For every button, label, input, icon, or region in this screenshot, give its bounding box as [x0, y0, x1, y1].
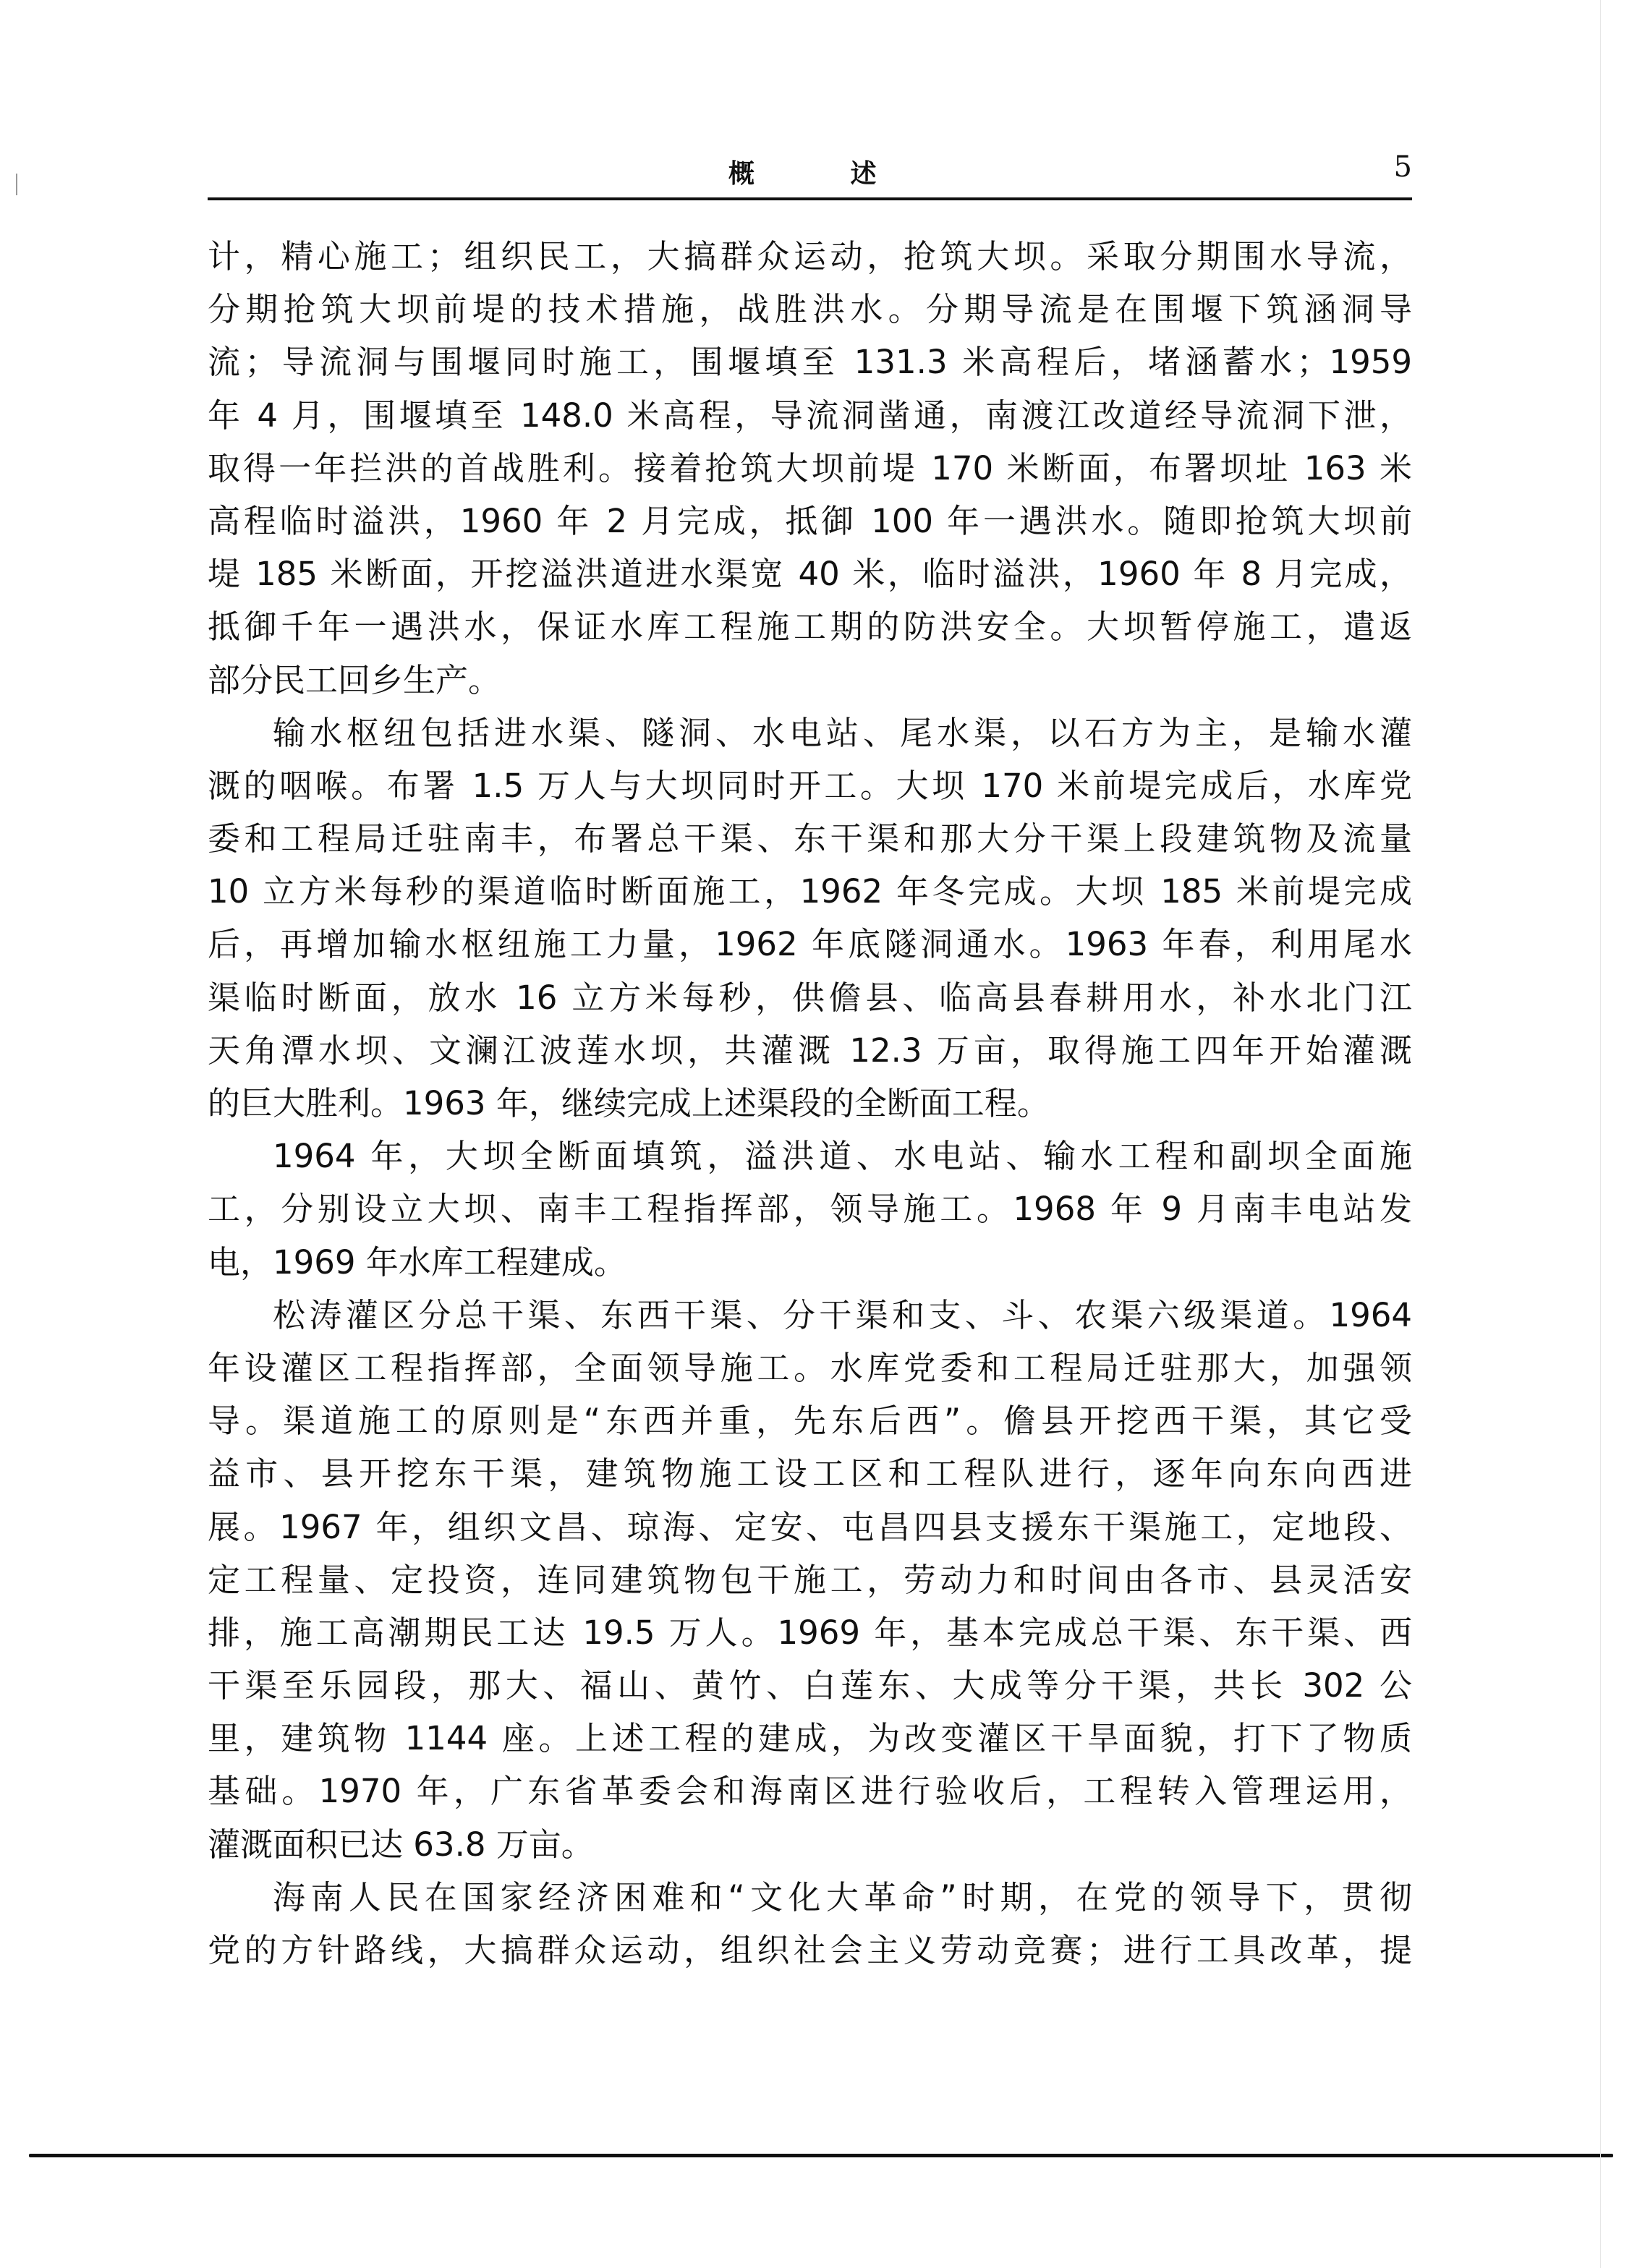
text-line: 抵御千年一遇洪水，保证水库工程施工期的防洪安全。大坝暂停施工，遣返	[208, 600, 1412, 653]
text-line: 干渠至乐园段，那大、福山、黄竹、白莲东、大成等分干渠，共长 302 公	[208, 1659, 1412, 1712]
chapter-title: 概 述	[728, 153, 920, 190]
text-line: 定工程量、定投资，连同建筑物包干施工，劳动力和时间由各市、县灵活安	[208, 1553, 1412, 1606]
text-line: 1964 年，大坝全断面填筑，溢洪道、水电站、输水工程和副坝全面施	[208, 1130, 1412, 1182]
paragraph: 松涛灌区分总干渠、东西干渠、分干渠和支、斗、农渠六级渠道。1964年设灌区工程指…	[208, 1289, 1412, 1871]
text-line: 灌溉面积已达 63.8 万亩。	[208, 1818, 1412, 1871]
text-line: 天角潭水坝、文澜江波莲水坝，共灌溉 12.3 万亩，取得施工四年开始灌溉	[208, 1024, 1412, 1077]
text-line: 党的方针路线，大搞群众运动，组织社会主义劳动竞赛；进行工具改革，提	[208, 1924, 1412, 1977]
text-line: 10 立方米每秒的渠道临时断面施工，1962 年冬完成。大坝 185 米前堤完成	[208, 865, 1412, 918]
scan-edge	[1600, 0, 1601, 2268]
scan-artifact	[16, 174, 17, 195]
body-text: 计，精心施工；组织民工，大搞群众运动，抢筑大坝。采取分期围水导流，分期抢筑大坝前…	[208, 230, 1412, 1977]
text-line: 展。1967 年，组织文昌、琼海、定安、屯昌四县支援东干渠施工，定地段、	[208, 1501, 1412, 1553]
paragraph: 输水枢纽包括进水渠、隧洞、水电站、尾水渠，以石方为主，是输水灌溉的咽喉。布署 1…	[208, 707, 1412, 1130]
text-line: 松涛灌区分总干渠、东西干渠、分干渠和支、斗、农渠六级渠道。1964	[208, 1289, 1412, 1342]
text-line: 的巨大胜利。1963 年，继续完成上述渠段的全断面工程。	[208, 1077, 1412, 1130]
text-line: 海南人民在国家经济困难和“文化大革命”时期，在党的领导下，贯彻	[208, 1871, 1412, 1924]
text-line: 流；导流洞与围堰同时施工，围堰填至 131.3 米高程后，堵涵蓄水；1959	[208, 336, 1412, 388]
text-line: 排，施工高潮期民工达 19.5 万人。1969 年，基本完成总干渠、东干渠、西	[208, 1606, 1412, 1659]
paragraph: 海南人民在国家经济困难和“文化大革命”时期，在党的领导下，贯彻党的方针路线，大搞…	[208, 1871, 1412, 1977]
text-line: 电，1969 年水库工程建成。	[208, 1236, 1412, 1289]
text-line: 取得一年拦洪的首战胜利。接着抢筑大坝前堤 170 米断面，布署坝址 163 米	[208, 442, 1412, 495]
text-line: 里，建筑物 1144 座。上述工程的建成，为改变灌区干旱面貌，打下了物质	[208, 1712, 1412, 1765]
text-line: 输水枢纽包括进水渠、隧洞、水电站、尾水渠，以石方为主，是输水灌	[208, 707, 1412, 759]
text-line: 堤 185 米断面，开挖溢洪道进水渠宽 40 米，临时溢洪，1960 年 8 月…	[208, 547, 1412, 600]
paragraph: 1964 年，大坝全断面填筑，溢洪道、水电站、输水工程和副坝全面施工，分别设立大…	[208, 1130, 1412, 1289]
running-header: 概 述 5	[208, 145, 1412, 195]
text-line: 年设灌区工程指挥部，全面领导施工。水库党委和工程局迁驻那大，加强领	[208, 1342, 1412, 1394]
text-line: 高程临时溢洪，1960 年 2 月完成，抵御 100 年一遇洪水。随即抢筑大坝前	[208, 495, 1412, 547]
footer-divider	[29, 2154, 1613, 2157]
text-line: 溉的咽喉。布署 1.5 万人与大坝同时开工。大坝 170 米前堤完成后，水库党	[208, 759, 1412, 812]
text-line: 分期抢筑大坝前堤的技术措施，战胜洪水。分期导流是在围堰下筑涵洞导	[208, 283, 1412, 336]
text-line: 导。渠道施工的原则是“东西并重，先东后西”。儋县开挖西干渠，其它受	[208, 1394, 1412, 1447]
text-line: 部分民工回乡生产。	[208, 654, 1412, 707]
text-line: 后，再增加输水枢纽施工力量，1962 年底隧洞通水。1963 年春，利用尾水	[208, 918, 1412, 971]
header-divider	[208, 197, 1412, 200]
text-line: 基础。1970 年，广东省革委会和海南区进行验收后，工程转入管理运用，	[208, 1765, 1412, 1817]
text-line: 渠临时断面，放水 16 立方米每秒，供儋县、临高县春耕用水，补水北门江	[208, 971, 1412, 1024]
text-line: 委和工程局迁驻南丰，布署总干渠、东干渠和那大分干渠上段建筑物及流量	[208, 812, 1412, 865]
page-number: 5	[1394, 150, 1412, 184]
text-line: 工，分别设立大坝、南丰工程指挥部，领导施工。1968 年 9 月南丰电站发	[208, 1182, 1412, 1235]
paragraph: 计，精心施工；组织民工，大搞群众运动，抢筑大坝。采取分期围水导流，分期抢筑大坝前…	[208, 230, 1412, 707]
text-line: 计，精心施工；组织民工，大搞群众运动，抢筑大坝。采取分期围水导流，	[208, 230, 1412, 283]
text-line: 年 4 月，围堰填至 148.0 米高程，导流洞凿通，南渡江改道经导流洞下泄，	[208, 389, 1412, 442]
text-line: 益市、县开挖东干渠，建筑物施工设工区和工程队进行，逐年向东向西进	[208, 1447, 1412, 1500]
